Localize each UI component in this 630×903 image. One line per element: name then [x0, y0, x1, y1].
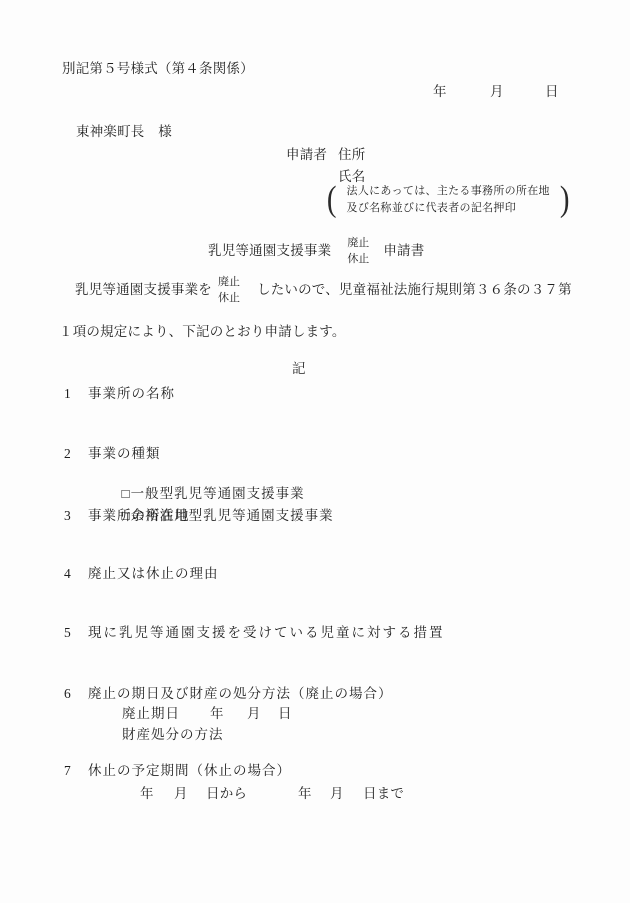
item4-label: 廃止又は休止の理由 — [88, 566, 219, 582]
item1-label: 事業所の名称 — [88, 386, 175, 402]
date-month-label: 月 — [490, 84, 504, 100]
item3-label: 事業所の所在地 — [88, 508, 190, 524]
item2-label: 事業の種類 — [88, 446, 161, 462]
date-day-label: 日 — [545, 84, 559, 100]
form-number: 別記第５号様式（第４条関係） — [62, 61, 254, 77]
body-line-2: １項の規定により、下記のとおり申請します。 — [59, 324, 346, 340]
body-option-haishi: 廃止 — [218, 274, 240, 290]
item5-number: 5 — [64, 625, 78, 641]
note-line-2: 及び名称並びに代表者の記名押印 — [347, 200, 550, 218]
item6-year-label: 年 — [210, 706, 224, 722]
title-option-haishi: 廃止 — [347, 235, 369, 251]
note-lines: 法人にあっては、主たる事務所の所在地 及び名称並びに代表者の記名押印 — [338, 183, 559, 218]
item2-number: 2 — [64, 446, 78, 462]
body-option-stack: 廃止 休止 — [218, 274, 240, 306]
item3-number: 3 — [64, 508, 78, 524]
item4-number: 4 — [64, 566, 78, 582]
application-form-page: 別記第５号様式（第４条関係） 年 月 日 東神楽町長 様 申請者 住所 氏名 (… — [0, 0, 630, 903]
item6-day-label: 日 — [278, 706, 292, 722]
item7-to-year-label: 年 — [298, 786, 312, 802]
title-option-stack: 廃止 休止 — [347, 235, 369, 267]
list-heading: 記 — [292, 361, 306, 377]
item6-property-disposal-label: 財産処分の方法 — [122, 727, 224, 743]
date-year-label: 年 — [433, 84, 447, 100]
item7-to-month-label: 月 — [330, 786, 344, 802]
item7-from-day-label: 日から — [206, 786, 247, 802]
item1-number: 1 — [64, 386, 78, 402]
item7-label: 休止の予定期間（休止の場合） — [88, 763, 291, 779]
item7-from-year-label: 年 — [140, 786, 154, 802]
body-line-1: 乳児等通園支援事業を 廃止 休止 したいので、児童福祉法施行規則第３６条の３７第 — [75, 273, 572, 307]
title-prefix: 乳児等通園支援事業 — [208, 243, 331, 259]
addressee: 東神楽町長 様 — [76, 124, 172, 140]
item5-label: 現に乳児等通園支援を受けている児童に対する措置 — [88, 625, 445, 641]
note-paren-close: ) — [560, 181, 570, 219]
applicant-label: 申請者 — [286, 147, 327, 163]
item6-month-label: 月 — [247, 706, 261, 722]
item7-to-day-label: 日まで — [363, 786, 404, 802]
note-paren-open: ( — [327, 181, 337, 219]
note-line-1: 法人にあっては、主たる事務所の所在地 — [347, 183, 550, 201]
title-option-kyushi: 休止 — [347, 251, 369, 267]
title-suffix: 申請書 — [383, 243, 424, 259]
item6-label: 廃止の期日及び財産の処分方法（廃止の場合） — [88, 686, 393, 702]
item7-number: 7 — [64, 763, 78, 779]
body-option-kyushi: 休止 — [218, 290, 240, 306]
body-line1-prefix: 乳児等通園支援事業を — [75, 282, 212, 298]
corporate-note: ( 法人にあっては、主たる事務所の所在地 及び名称並びに代表者の記名押印 ) — [326, 182, 570, 218]
item7-from-month-label: 月 — [174, 786, 188, 802]
item6-abolition-date-label: 廃止期日 — [122, 706, 180, 722]
document-title: 乳児等通園支援事業 廃止 休止 申請書 — [208, 236, 424, 266]
applicant-address-label: 住所 — [338, 147, 365, 163]
body-line1-suffix: したいので、児童福祉法施行規則第３６条の３７第 — [257, 282, 572, 298]
item6-number: 6 — [64, 686, 78, 702]
